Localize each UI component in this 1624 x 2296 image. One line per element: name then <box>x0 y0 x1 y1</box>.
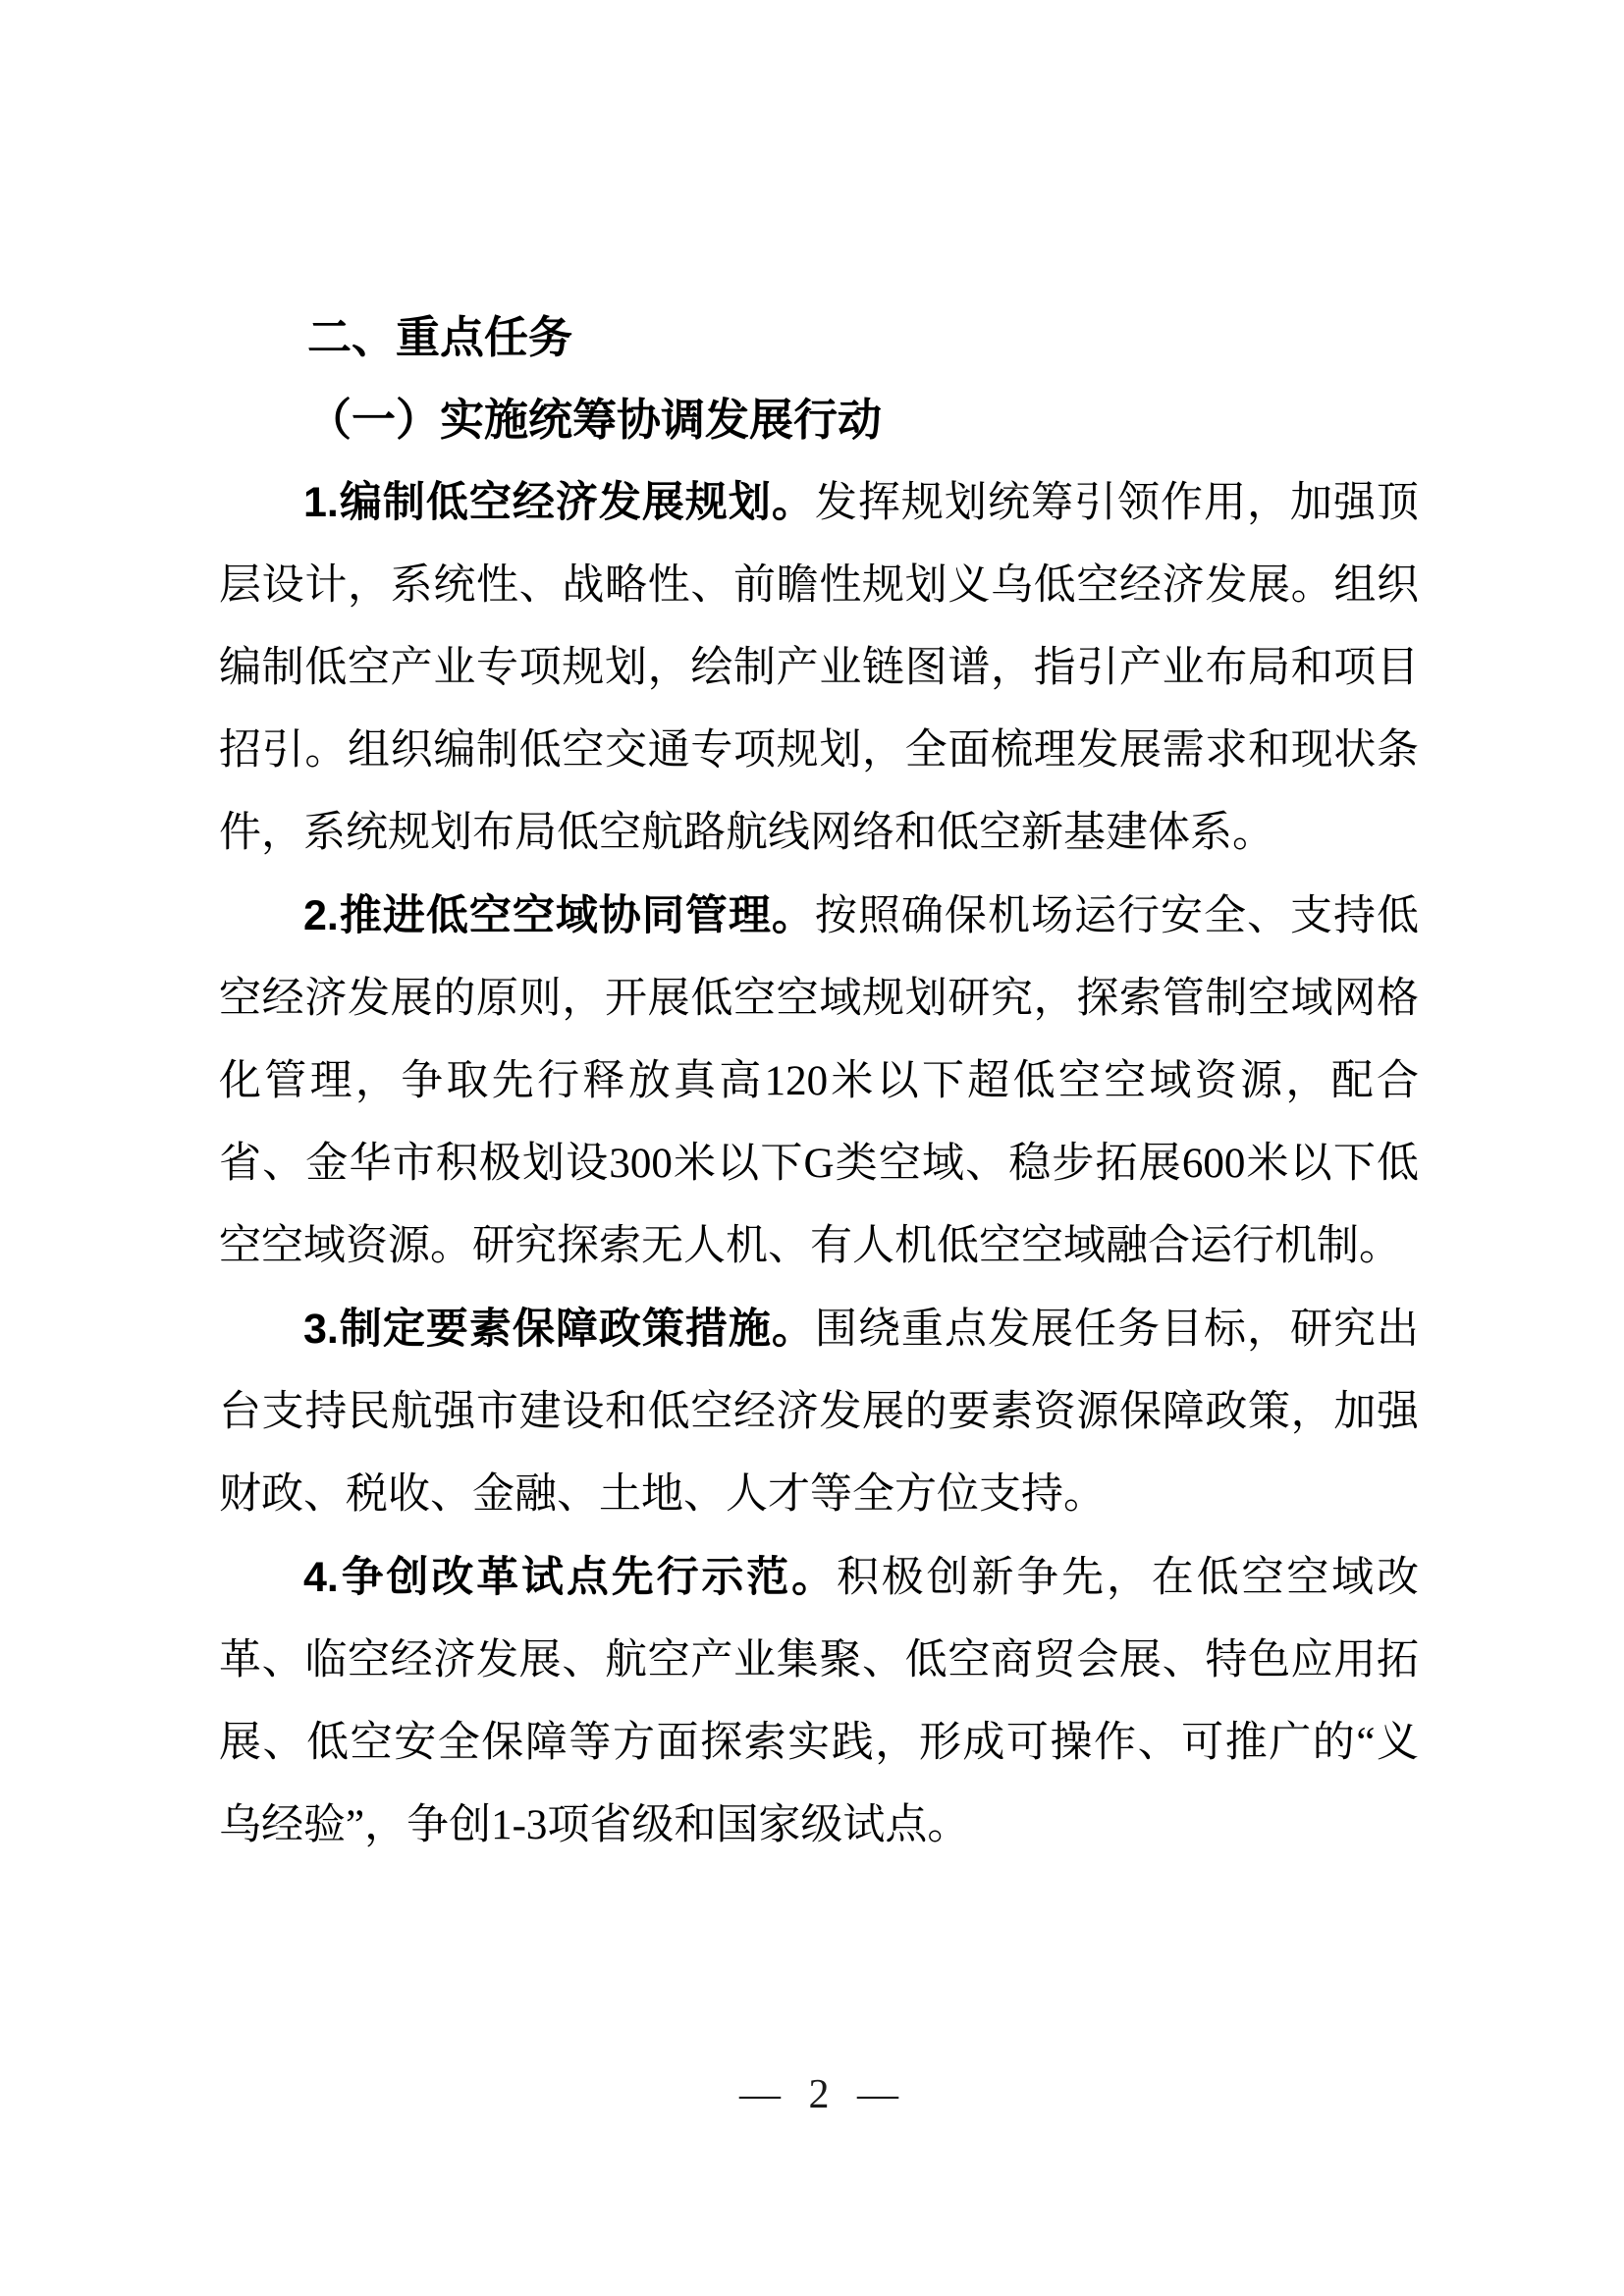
subsection-heading: （一）实施统筹协调发展行动 <box>219 379 1419 461</box>
paragraph-2: 2.推进低空空域协同管理。按照确保机场运行安全、支持低空经济发展的原则，开展低空… <box>219 875 1419 1288</box>
section-heading: 二、重点任务 <box>219 296 1419 379</box>
page-footer: — 2 — <box>219 2073 1419 2116</box>
paragraph-2-text: 按照确保机场运行安全、支持低空经济发展的原则，开展低空空域规划研究，探索管制空域… <box>219 893 1419 1269</box>
page-number: — 2 — <box>739 2072 898 2117</box>
paragraph-2-lead: 2.推进低空空域协同管理。 <box>303 892 815 939</box>
document-content: 二、重点任务 （一）实施统筹协调发展行动 1.编制低空经济发展规划。发挥规划统筹… <box>219 296 1419 1867</box>
paragraph-1-lead: 1.编制低空经济发展规划。 <box>303 479 815 526</box>
paragraph-3-lead: 3.制定要素保障政策措施。 <box>303 1306 815 1353</box>
paragraph-4: 4.争创改革试点先行示范。积极创新争先，在低空空域改革、临空经济发展、航空产业集… <box>219 1536 1419 1867</box>
paragraph-1: 1.编制低空经济发展规划。发挥规划统筹引领作用，加强顶层设计，系统性、战略性、前… <box>219 461 1419 875</box>
paragraph-4-lead: 4.争创改革试点先行示范。 <box>303 1554 837 1601</box>
paragraph-1-text: 发挥规划统筹引领作用，加强顶层设计，系统性、战略性、前瞻性规划义乌低空经济发展。… <box>219 480 1419 856</box>
document-page: 二、重点任务 （一）实施统筹协调发展行动 1.编制低空经济发展规划。发挥规划统筹… <box>0 0 1624 2296</box>
paragraph-3: 3.制定要素保障政策措施。围绕重点发展任务目标，研究出台支持民航强市建设和低空经… <box>219 1288 1419 1536</box>
